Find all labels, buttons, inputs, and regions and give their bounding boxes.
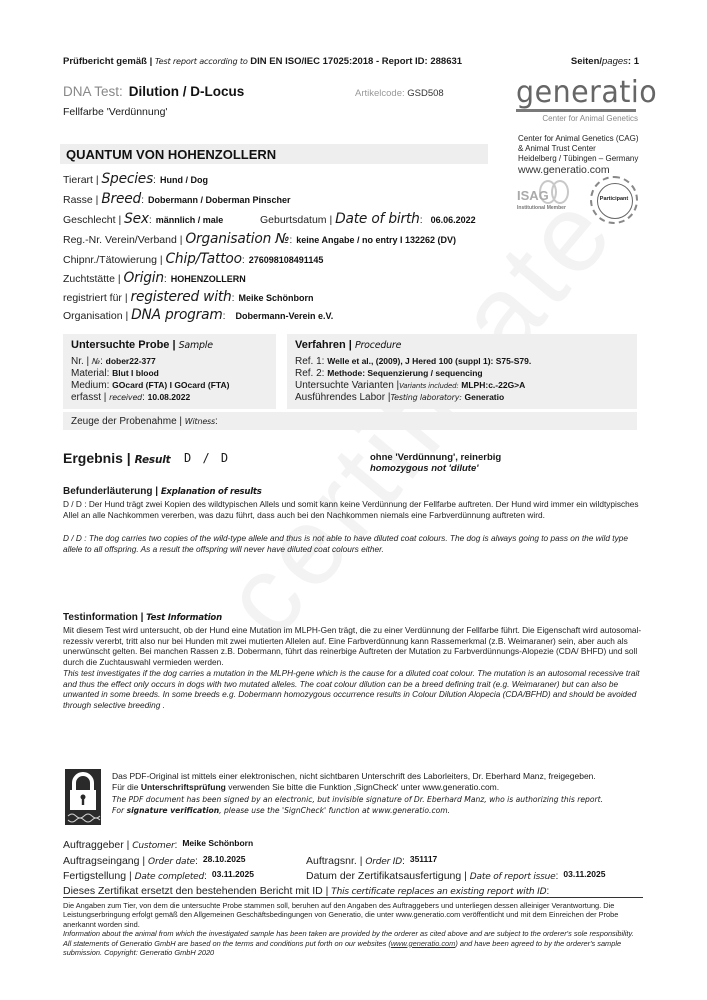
animal-name-bar: QUANTUM VON HOHENZOLLERN bbox=[60, 144, 488, 164]
sample-medium: Medium: GOcard (FTA) I GOcard (FTA) bbox=[71, 380, 229, 391]
field-breed: Rasse | Breed:Dobermann / Doberman Pinsc… bbox=[63, 190, 291, 208]
logo-wordmark: generatio bbox=[516, 78, 632, 108]
result-interpretation-en: homozygous not 'dilute' bbox=[370, 463, 478, 474]
test-subtitle: Fellfarbe 'Verdünnung' bbox=[63, 106, 167, 118]
field-registered-with: registriert für | registered with:Meike … bbox=[63, 288, 314, 306]
dna-test-label: DNA Test: bbox=[63, 84, 123, 99]
signature-notice: Das PDF-Original ist mittels einer elekt… bbox=[112, 771, 642, 816]
replaces-report: Dieses Zertifikat ersetzt den bestehende… bbox=[63, 884, 551, 897]
report-prefix: Prüfbericht gemäß | bbox=[63, 56, 155, 67]
animal-name: QUANTUM VON HOHENZOLLERN bbox=[66, 147, 276, 162]
sample-received: erfasst | received: 10.08.2022 bbox=[71, 392, 190, 403]
page-count: Seiten/pages: 1 bbox=[571, 56, 639, 67]
generatio-website-link[interactable]: www.generatio.com bbox=[391, 939, 456, 948]
date-of-report-issue: Datum der Zertifikatsausfertigung | Date… bbox=[306, 869, 605, 882]
field-origin: Zuchtstätte | Origin:HOHENZOLLERN bbox=[63, 269, 246, 287]
procedure-panel: Verfahren | Procedure Ref. 1: Welle et a… bbox=[287, 334, 637, 409]
field-chip-tattoo: Chipnr./Tätowierung | Chip/Tattoo:276098… bbox=[63, 250, 323, 268]
field-dna-program: Organisation | DNA program:Dobermann-Ver… bbox=[63, 306, 333, 324]
report-prefix-en: Test report according to bbox=[155, 56, 248, 66]
divider bbox=[63, 897, 643, 898]
isag-member-logo: ISAG Institutional Member bbox=[517, 180, 577, 214]
result-interpretation-de: ohne 'Verdünnung', reinerbig bbox=[370, 452, 501, 463]
disclaimer: Die Angaben zum Tier, von dem die unters… bbox=[63, 901, 643, 957]
explanation-heading: Befunderläuterung | Explanation of resul… bbox=[63, 486, 262, 497]
field-organisation-number: Reg.-Nr. Verein/Verband | Organisation №… bbox=[63, 230, 456, 248]
order-date: Auftragseingang | Order date: 28.10.2025 bbox=[63, 854, 245, 867]
procedure-variants: Untersuchte Varianten |Variants included… bbox=[295, 380, 525, 391]
logo-tagline: Center for Animal Genetics bbox=[516, 114, 638, 123]
procedure-ref-1: Ref. 1: Welle et al., (2009), J Hered 10… bbox=[295, 356, 531, 367]
procedure-ref-2: Ref. 2: Methode: Sequenzierung / sequenc… bbox=[295, 368, 483, 379]
sample-material: Material: Blut I blood bbox=[71, 368, 159, 379]
disclaimer-en: Information about the animal from which … bbox=[63, 929, 643, 957]
sample-panel: Untersuchte Probe | Sample Nr. | №: dobe… bbox=[63, 334, 276, 409]
sample-number: Nr. | №: dober22-377 bbox=[71, 356, 156, 367]
witness-label: Zeuge der Probenahme | Witness: bbox=[71, 416, 218, 427]
test-info-heading: Testinformation | Test Information bbox=[63, 612, 222, 623]
field-date-of-birth: Geburtsdatum | Date of birth:06.06.2022 bbox=[260, 210, 476, 228]
field-sex: Geschlecht | Sex:männlich / male bbox=[63, 210, 223, 228]
participant-seal-icon: Participant bbox=[590, 176, 638, 224]
explanation-text-de: D / D : Der Hund trägt zwei Kopien des w… bbox=[63, 499, 643, 520]
order-id: Auftragsnr. | Order ID: 351117 bbox=[306, 854, 437, 867]
field-species: Tierart | Species:Hund / Dog bbox=[63, 170, 208, 188]
lab-address: Center for Animal Genetics (CAG) & Anima… bbox=[518, 134, 638, 175]
dna-test-title: DNA Test:Dilution / D-Locus bbox=[63, 84, 244, 99]
test-info-text-de: Mit diesem Test wird untersucht, ob der … bbox=[63, 625, 643, 667]
witness-panel: Zeuge der Probenahme | Witness: bbox=[63, 412, 637, 430]
date-completed: Fertigstellung | Date completed: 03.11.2… bbox=[63, 869, 254, 882]
result-genotype: D / D bbox=[184, 451, 228, 465]
report-header-line: Prüfbericht gemäß | Test report accordin… bbox=[63, 56, 639, 67]
padlock-icon bbox=[65, 769, 101, 825]
report-standard-id: DIN EN ISO/IEC 17025:2018 - Report ID: 2… bbox=[248, 56, 462, 67]
disclaimer-de: Die Angaben zum Tier, von dem die unters… bbox=[63, 901, 643, 929]
article-code: Artikelcode: GSD508 bbox=[355, 88, 444, 99]
sample-title: Untersuchte Probe | Sample bbox=[71, 339, 213, 351]
procedure-lab: Ausführendes Labor |Testing laboratory: … bbox=[295, 392, 504, 403]
lab-website: www.generatio.com bbox=[518, 165, 638, 175]
procedure-title: Verfahren | Procedure bbox=[295, 339, 401, 351]
test-info-text-en: This test investigates if the dog carrie… bbox=[63, 668, 643, 710]
explanation-text-en: D / D : The dog carries two copies of th… bbox=[63, 533, 643, 554]
dna-test-value: Dilution / D-Locus bbox=[129, 84, 245, 99]
order-customer: Auftraggeber | Customer: Meike Schönborn bbox=[63, 838, 253, 851]
generatio-logo: generatio Center for Animal Genetics bbox=[516, 78, 638, 123]
result-heading: Ergebnis | Result bbox=[63, 450, 170, 466]
